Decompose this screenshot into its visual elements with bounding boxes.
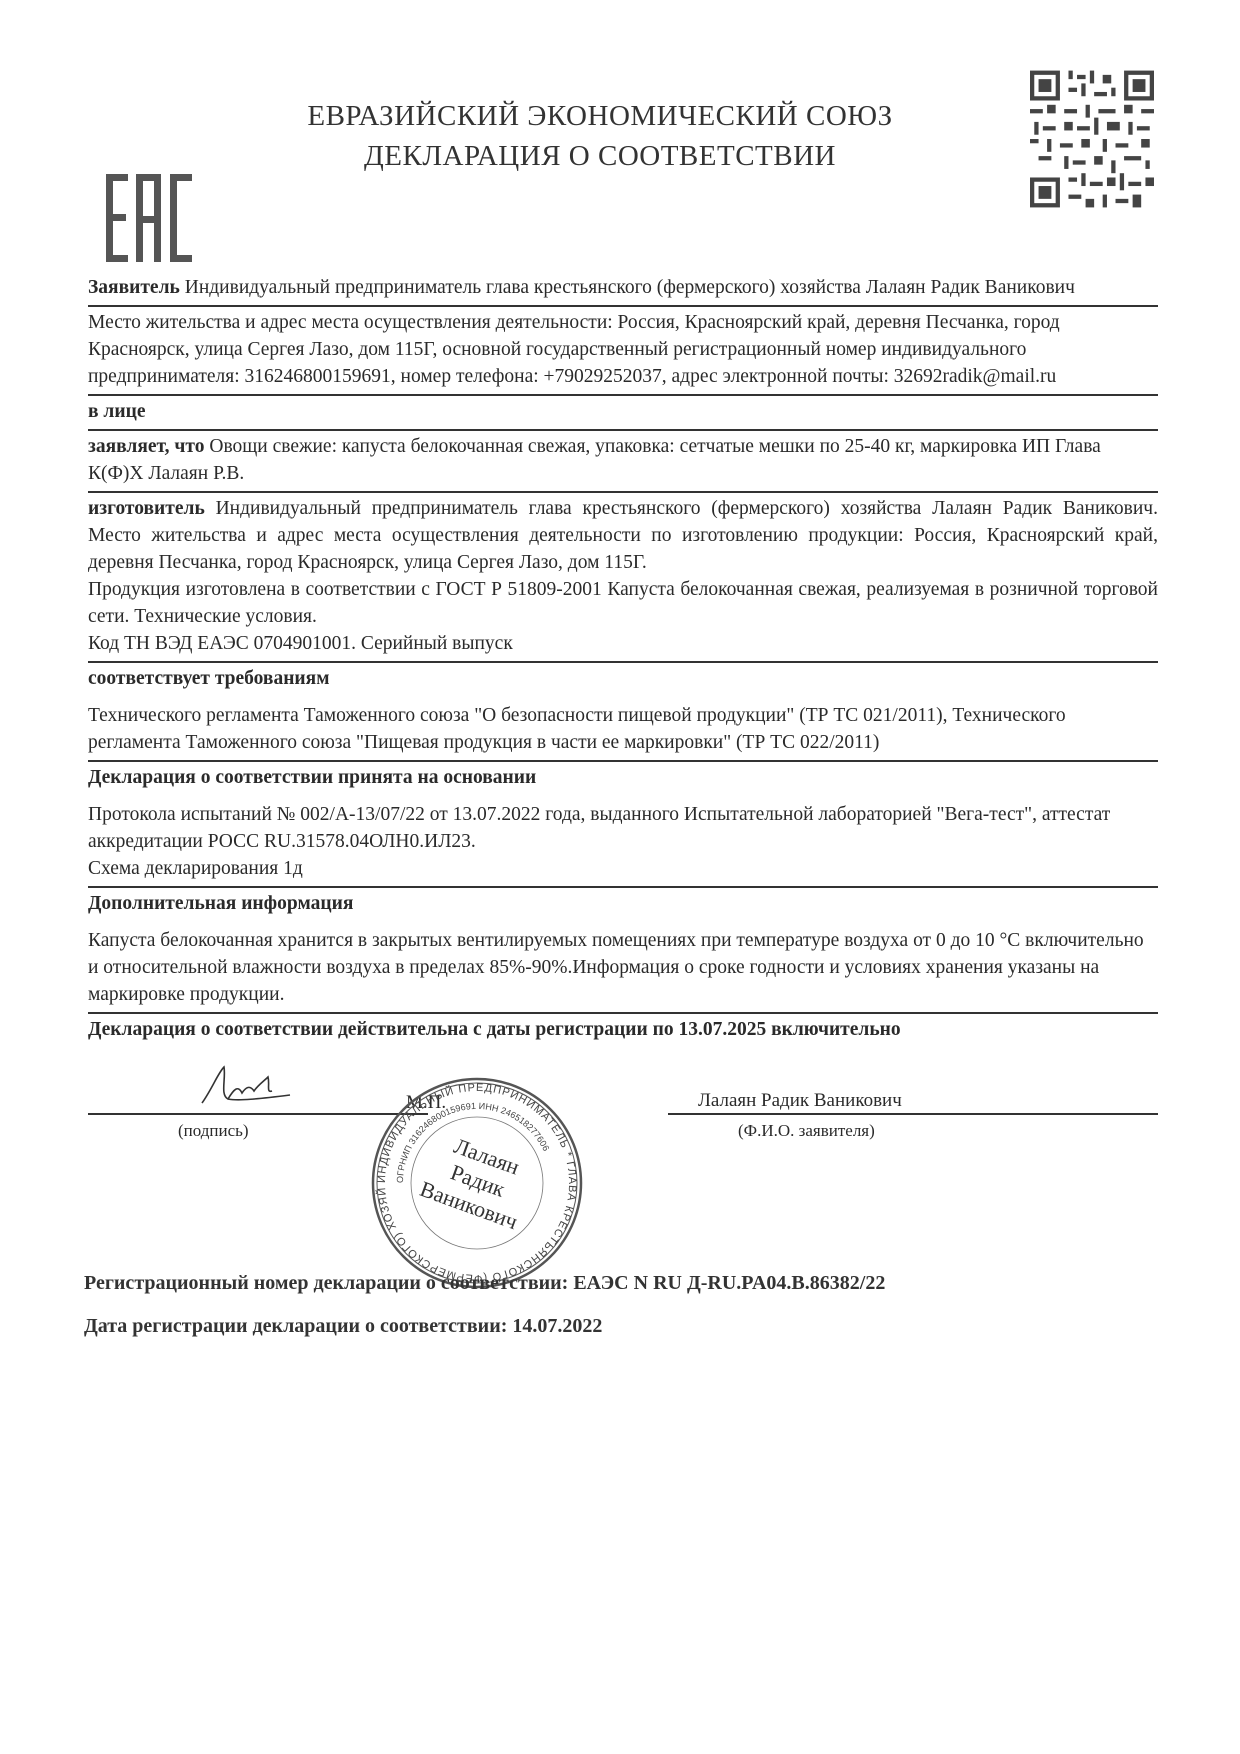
additional-text: Капуста белокочанная хранится в закрытых… [88, 930, 1144, 1005]
declares-section: заявляет, что Овощи свежие: капуста бело… [88, 431, 1158, 493]
manufacturer-label: изготовитель [88, 498, 205, 519]
eac-logo-icon [104, 172, 194, 264]
qr-code-icon [1030, 70, 1154, 208]
address-text: Место жительства и адрес места осуществл… [88, 312, 1060, 387]
name-line [668, 1113, 1158, 1115]
validity-section: Декларация о соответствии действительна … [88, 1014, 1158, 1047]
signature-caption: (подпись) [178, 1117, 249, 1144]
represented-by-label: в лице [88, 401, 145, 422]
manufacturer-code: Код ТН ВЭД ЕАЭС 0704901001. Серийный вып… [88, 630, 1158, 657]
handwritten-signature-icon [198, 1059, 298, 1115]
basis-scheme: Схема декларирования 1д [88, 855, 1158, 882]
header-document-title: ДЕКЛАРАЦИЯ О СООТВЕТСТВИИ [200, 140, 1000, 173]
additional-label: Дополнительная информация [88, 893, 353, 914]
address-section: Место жительства и адрес места осуществл… [88, 307, 1158, 396]
registration-number: Регистрационный номер декларации о соотв… [84, 1272, 885, 1295]
basis-section: Протокола испытаний № 002/А-13/07/22 от … [88, 795, 1158, 888]
header-union-title: ЕВРАЗИЙСКИЙ ЭКОНОМИЧЕСКИЙ СОЮЗ [200, 100, 1000, 133]
applicant-name: Лалаян Радик Ваникович [698, 1087, 902, 1114]
basis-protocol: Протокола испытаний № 002/А-13/07/22 от … [88, 801, 1158, 855]
additional-section: Капуста белокочанная хранится в закрытых… [88, 921, 1158, 1014]
validity-text: Декларация о соответствии действительна … [88, 1019, 901, 1040]
registration-date: Дата регистрации декларации о соответств… [84, 1315, 602, 1338]
conforms-label: соответствует требованиям [88, 668, 330, 689]
applicant-text: Индивидуальный предприниматель глава кре… [185, 277, 1075, 298]
name-caption: (Ф.И.О. заявителя) [738, 1117, 875, 1144]
applicant-label: Заявитель [88, 277, 180, 298]
manufacturer-section: изготовитель Индивидуальный предпринимат… [88, 493, 1158, 663]
manufacturer-row: изготовитель Индивидуальный предпринимат… [88, 495, 1158, 576]
conforms-label-section: соответствует требованиям [88, 663, 1158, 696]
signature-area: (подпись) М.П. Лалаян Радик Ваникович (Ф… [88, 1053, 1158, 1163]
applicant-section: Заявитель Индивидуальный предприниматель… [88, 272, 1158, 307]
manufacturer-standard: Продукция изготовлена в соответствии с Г… [88, 576, 1158, 630]
manufacturer-text: Индивидуальный предприниматель глава кре… [88, 498, 1158, 573]
basis-label-section: Декларация о соответствии принята на осн… [88, 762, 1158, 795]
conforms-text: Технического регламента Таможенного союз… [88, 705, 1066, 753]
represented-by-section: в лице [88, 396, 1158, 431]
declaration-page: ЕВРАЗИЙСКИЙ ЭКОНОМИЧЕСКИЙ СОЮЗ ДЕКЛАРАЦИ… [0, 0, 1240, 1754]
declares-label: заявляет, что [88, 436, 205, 457]
basis-label: Декларация о соответствии принята на осн… [88, 767, 536, 788]
additional-label-section: Дополнительная информация [88, 888, 1158, 921]
declaration-body: Заявитель Индивидуальный предприниматель… [88, 272, 1158, 1163]
conforms-section: Технического регламента Таможенного союз… [88, 696, 1158, 762]
declares-text: Овощи свежие: капуста белокочанная свежа… [88, 436, 1101, 484]
official-stamp-icon: ИНДИВИДУАЛЬНЫЙ ПРЕДПРИНИМАТЕЛЬ * ГЛАВА К… [370, 1076, 584, 1290]
